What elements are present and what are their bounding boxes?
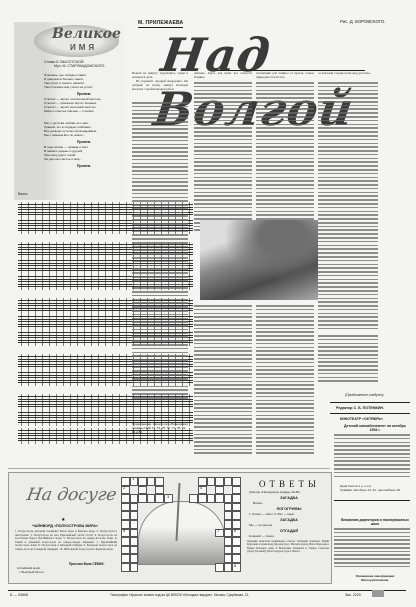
footer-order: Зак. 2220. (345, 593, 362, 597)
puzzle-title: ЧАЙНВОРД «ПОЛУОСТРОВА МИРА» (15, 524, 115, 528)
notice-heading: Вниманию директоров и пионервожатых школ (340, 518, 410, 526)
song-box: Великое ИМЯ Слова О. ВЫСОТСКОЙ. Муз. М. … (14, 22, 124, 200)
refrain-3-label: Припев. (44, 164, 124, 168)
article-column-4b (318, 335, 378, 395)
crossword-grid[interactable]: 1 2 3 4 5 6 7 8 (121, 477, 243, 577)
article-column-1: Вошли на минуту задумались, глядя в пенн… (132, 72, 188, 417)
previous-parts-note: Продолжение. Начало см. «Пионерская прав… (132, 420, 190, 434)
sender-address: Алтайский край, г. Быстрый Исток. (17, 567, 44, 575)
illustration-credit: Рис. Д. БОРОВСКОГО. (340, 19, 386, 24)
print-stamp (372, 590, 384, 597)
music-credit: Муз. М. СТАРОКАДОМСКОГО. (44, 64, 124, 68)
clue-number-8: 8 (234, 564, 236, 568)
answers-subtitle: (Смотри «Пионерскую правду» № 80) (249, 490, 300, 494)
article-column-2b (194, 305, 252, 460)
article-author: М. ПРИЛЕЖАЕВА (138, 20, 183, 28)
verse-2: Мы, с детства любовь это имя, Храним, ег… (44, 122, 124, 138)
answer-heading-3: ЗАГАДКА (249, 518, 329, 522)
article-column-2: Амбоне. Здесь для моих вот отечеств Роди… (194, 72, 252, 232)
editor-rule-bottom (330, 413, 410, 414)
editor-credit: Редактор С. Б. ПОТЕМКИН. (336, 406, 384, 410)
title-underline (215, 70, 365, 71)
section-divider (8, 468, 330, 469)
clue-number-2: 2 (123, 486, 125, 490)
article-column-4: от жителей страны всей «вод детства». (318, 72, 378, 332)
clue-number-4: 4 (200, 486, 202, 490)
verse-1: Помнишь, где победы славят, И девушки в … (44, 74, 124, 90)
answer-text-3: Мы — не (мыло). (249, 523, 273, 527)
refrain-2-label: Припев. (44, 140, 124, 144)
notice-signature: Управление кинофикации Мосгорисполкома. (345, 575, 405, 583)
footer-code: Б — 03608 (10, 593, 28, 597)
leisure-box: На досуге ★ ЧАЙНВОРД «ПОЛУОСТРОВА МИРА» … (8, 472, 332, 584)
puzzle-text: 1. Полуостров, который соединяет Белое м… (15, 530, 117, 560)
puzzle-sender: Прислал Ваня СЁМКЕ. (69, 562, 104, 566)
song-subtitle: ИМЯ (70, 43, 97, 52)
article-column-3: положения для защиты от врагов. Самое пр… (256, 72, 314, 232)
clue-number-5: 5 (123, 529, 125, 533)
cinema-subheading: Детский киноабонемент на октябрь 1953 г. (340, 424, 410, 432)
leisure-title: На досуге (25, 485, 118, 505)
article-illustration (200, 220, 318, 300)
article-column-3b (256, 305, 314, 460)
answer-text-4: Елецкий — Сокол. (249, 534, 275, 538)
refrain-label: Припев: (44, 92, 124, 96)
to-be-continued: (Продолжение следует) (345, 393, 384, 397)
answers-title: ОТВЕТЫ (259, 479, 320, 489)
verse-3: В годы жизни — правда и свет, В памяти р… (44, 146, 124, 162)
footer-rule (8, 590, 406, 591)
answer-heading-2: ЛОГОГРИФЫ (249, 507, 329, 511)
crossword-picture (138, 501, 226, 565)
answer-text-1: Волна. (253, 501, 263, 505)
clue-number-1: 1 (132, 477, 134, 481)
cinema-heading: КИНОТЕАТР «ОКТЯБРЬ» (340, 417, 383, 421)
cinema-rule (334, 500, 410, 501)
footer-printer: Типография «Красное знамя» изд-ва ЦК ВЛК… (110, 593, 249, 597)
clue-number-6: 6 (234, 529, 236, 533)
answer-heading-1: ЗАГАДКА (249, 496, 329, 500)
answer-heading-4: ОТГАДАЙ (249, 529, 329, 533)
editor-rule (330, 402, 410, 403)
clue-number-7: 7 (217, 529, 219, 533)
notice-body (334, 528, 410, 570)
cinema-transport: Трамваи: автобусы 13, 24, троллейбусы 18… (340, 489, 410, 493)
refrain: Сталин! — звучит колокольной мечтою, Ста… (44, 98, 124, 114)
song-credits: Слова О. ВЫСОТСКОЙ. Муз. М. СТАРОКАДОМСК… (44, 60, 124, 69)
cinema-schedule (334, 434, 410, 482)
answer-text-2: 1. Копна — сапог. 2. Рис — крыс. (249, 512, 295, 516)
score-tempo-label: Вальс (18, 192, 28, 196)
clue-number-3: 3 (167, 495, 169, 499)
song-title: Великое (52, 26, 121, 42)
star-icon: ★ (61, 517, 65, 523)
answers-winners: Первыми прислали правильные ответы: Генн… (247, 540, 329, 578)
